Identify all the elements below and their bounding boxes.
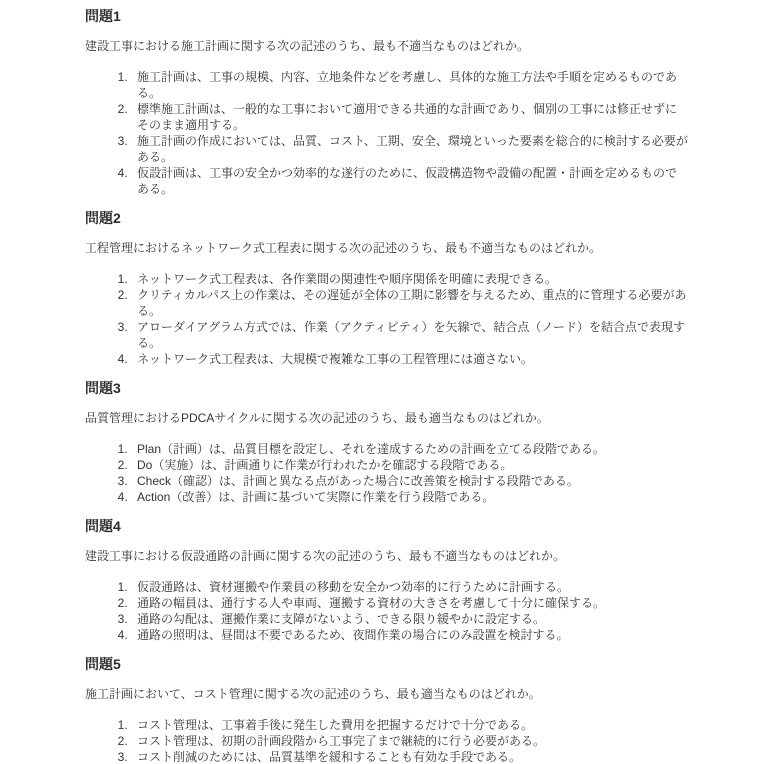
option-item: Action（改善）は、計画に基づいて実際に作業を行う段階である。	[131, 489, 688, 505]
question-block-4: 問題4 建設工事における仮設通路の計画に関する次の記述のうち、最も不適当なものは…	[85, 517, 688, 643]
option-item: 通路の勾配は、運搬作業に支障がないよう、できる限り緩やかに設定する。	[131, 611, 688, 627]
question-block-5: 問題5 施工計画において、コスト管理に関する次の記述のうち、最も適当なものはどれ…	[85, 655, 688, 764]
question-prompt: 工程管理におけるネットワーク式工程表に関する次の記述のうち、最も不適当なものはど…	[85, 240, 688, 256]
question-block-1: 問題1 建設工事における施工計画に関する次の記述のうち、最も不適当なものはどれか…	[85, 7, 688, 197]
options-list: ネットワーク式工程表は、各作業間の関連性や順序関係を明確に表現できる。 クリティ…	[85, 271, 688, 367]
question-prompt: 施工計画において、コスト管理に関する次の記述のうち、最も適当なものはどれか。	[85, 686, 688, 702]
option-item: 通路の照明は、昼間は不要であるため、夜間作業の場合にのみ設置を検討する。	[131, 627, 688, 643]
option-item: ネットワーク式工程表は、各作業間の関連性や順序関係を明確に表現できる。	[131, 271, 688, 287]
option-item: 施工計画の作成においては、品質、コスト、工期、安全、環境といった要素を総合的に検…	[131, 133, 688, 165]
question-title: 問題2	[85, 209, 688, 228]
question-prompt: 建設工事における施工計画に関する次の記述のうち、最も不適当なものはどれか。	[85, 38, 688, 54]
question-title: 問題4	[85, 517, 688, 536]
question-block-2: 問題2 工程管理におけるネットワーク式工程表に関する次の記述のうち、最も不適当な…	[85, 209, 688, 367]
option-item: 仮設通路は、資材運搬や作業員の移動を安全かつ効率的に行うために計画する。	[131, 579, 688, 595]
question-prompt: 建設工事における仮設通路の計画に関する次の記述のうち、最も不適当なものはどれか。	[85, 548, 688, 564]
question-title: 問題1	[85, 7, 688, 26]
options-list: コスト管理は、工事着手後に発生した費用を把握するだけで十分である。 コスト管理は…	[85, 717, 688, 764]
option-item: 施工計画は、工事の規模、内容、立地条件などを考慮し、具体的な施工方法や手順を定め…	[131, 69, 688, 101]
option-item: 通路の幅員は、通行する人や車両、運搬する資材の大きさを考慮して十分に確保する。	[131, 595, 688, 611]
option-item: アローダイアグラム方式では、作業（アクティビティ）を矢線で、結合点（ノード）を結…	[131, 319, 688, 351]
question-title: 問題5	[85, 655, 688, 674]
option-item: コスト管理は、初期の計画段階から工事完了まで継続的に行う必要がある。	[131, 733, 688, 749]
option-item: コスト削減のためには、品質基準を緩和することも有効な手段である。	[131, 749, 688, 764]
options-list: 仮設通路は、資材運搬や作業員の移動を安全かつ効率的に行うために計画する。 通路の…	[85, 579, 688, 643]
question-block-3: 問題3 品質管理におけるPDCAサイクルに関する次の記述のうち、最も適当なものは…	[85, 379, 688, 505]
option-item: Plan（計画）は、品質目標を設定し、それを達成するための計画を立てる段階である…	[131, 441, 688, 457]
options-list: Plan（計画）は、品質目標を設定し、それを達成するための計画を立てる段階である…	[85, 441, 688, 505]
option-item: Do（実施）は、計画通りに作業が行われたかを確認する段階である。	[131, 457, 688, 473]
options-list: 施工計画は、工事の規模、内容、立地条件などを考慮し、具体的な施工方法や手順を定め…	[85, 69, 688, 197]
option-item: ネットワーク式工程表は、大規模で複雑な工事の工程管理には適さない。	[131, 351, 688, 367]
option-item: Check（確認）は、計画と異なる点があった場合に改善策を検討する段階である。	[131, 473, 688, 489]
question-prompt: 品質管理におけるPDCAサイクルに関する次の記述のうち、最も適当なものはどれか。	[85, 410, 688, 426]
option-item: クリティカルパス上の作業は、その遅延が全体の工期に影響を与えるため、重点的に管理…	[131, 287, 688, 319]
option-item: コスト管理は、工事着手後に発生した費用を把握するだけで十分である。	[131, 717, 688, 733]
option-item: 標準施工計画は、一般的な工事において適用できる共通的な計画であり、個別の工事には…	[131, 101, 688, 133]
question-title: 問題3	[85, 379, 688, 398]
option-item: 仮設計画は、工事の安全かつ効率的な遂行のために、仮設構造物や設備の配置・計画を定…	[131, 165, 688, 197]
document-page: 問題1 建設工事における施工計画に関する次の記述のうち、最も不適当なものはどれか…	[0, 0, 764, 764]
